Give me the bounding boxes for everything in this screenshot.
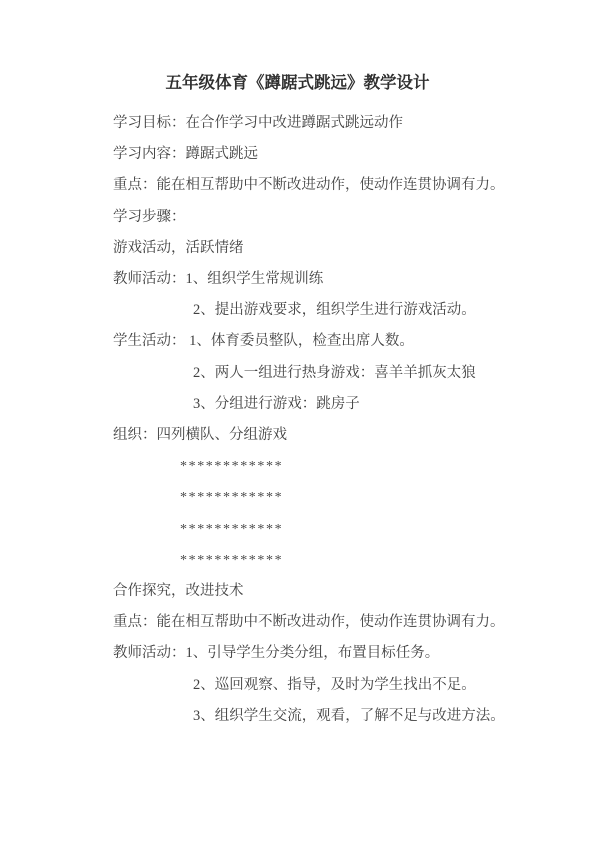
paragraph: 重点：能在相互帮助中不断改进动作，使动作连贯协调有力。 <box>113 170 575 201</box>
paragraph: 3、组织学生交流，观看，了解不足与改进方法。 <box>113 701 575 732</box>
paragraph: 游戏活动，活跃情绪 <box>113 233 575 264</box>
paragraph: 2、提出游戏要求，组织学生进行游戏活动。 <box>113 295 575 326</box>
paragraph: 3、分组进行游戏：跳房子 <box>113 389 575 420</box>
paragraph: 学生活动： 1、体育委员整队，检查出席人数。 <box>113 326 575 357</box>
paragraph: 合作探究，改进技术 <box>113 576 575 607</box>
paragraph: 组织：四列横队、分组游戏 <box>113 420 575 451</box>
paragraph: 2、巡回观察、指导，及时为学生找出不足。 <box>113 670 575 701</box>
paragraph: 教师活动：1、引导学生分类分组，布置目标任务。 <box>113 638 575 669</box>
paragraph: 学习内容：蹲踞式跳远 <box>113 139 575 170</box>
paragraph: 学习目标：在合作学习中改进蹲踞式跳远动作 <box>113 108 575 139</box>
asterisk-separator: ************ <box>113 545 575 576</box>
asterisk-separator: ************ <box>113 514 575 545</box>
paragraph: 学习步骤： <box>113 202 575 233</box>
document-body: 学习目标：在合作学习中改进蹲踞式跳远动作学习内容：蹲踞式跳远重点：能在相互帮助中… <box>113 108 575 732</box>
document-page: 五年级体育《蹲踞式跳远》教学设计 学习目标：在合作学习中改进蹲踞式跳远动作学习内… <box>0 0 595 842</box>
asterisk-separator: ************ <box>113 482 575 513</box>
asterisk-separator: ************ <box>113 451 575 482</box>
paragraph: 教师活动：1、组织学生常规训练 <box>113 264 575 295</box>
paragraph: 2、两人一组进行热身游戏：喜羊羊抓灰太狼 <box>113 358 575 389</box>
paragraph: 重点：能在相互帮助中不断改进动作，使动作连贯协调有力。 <box>113 607 575 638</box>
document-title: 五年级体育《蹲踞式跳远》教学设计 <box>20 70 575 96</box>
